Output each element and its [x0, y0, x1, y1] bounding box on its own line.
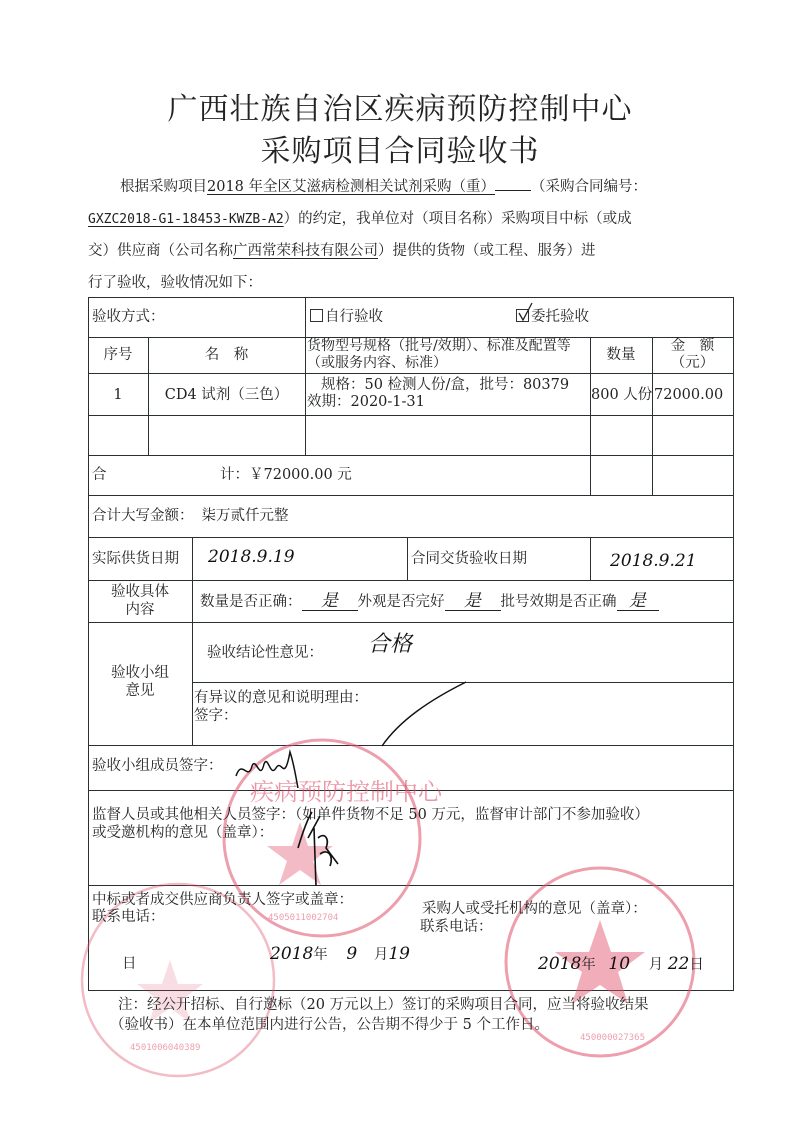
year-unit: 年 — [581, 957, 596, 973]
check-appearance-value[interactable]: 是 — [445, 592, 501, 611]
supplier-sign-label: 中标或者成交供应商负责人签字或盖章： — [92, 891, 353, 909]
item-spec-line: 规格：50 检测人份/盒，批号：80379 — [307, 377, 590, 394]
month-unit: 月 — [374, 947, 389, 963]
method-entrusted-option[interactable]: 委托验收 — [516, 308, 589, 326]
col-header-amount: 金 额 （元） — [652, 338, 733, 372]
cdc-seal-code: 4505011002704 — [268, 913, 338, 923]
checkbox-self[interactable] — [310, 309, 323, 322]
check-qty-value[interactable]: 是 — [302, 592, 358, 611]
total-caps-label: 合计大写金额： — [92, 508, 194, 524]
col-header-name: 名 称 — [148, 346, 305, 364]
col-header-qty: 数量 — [590, 346, 652, 364]
check-label: 验收具体 内容 — [88, 583, 192, 619]
supervisor-line-2: 或受邀机构的意见（盖章）： — [92, 824, 273, 842]
contract-delivery-date-value[interactable]: 2018.9.21 — [610, 552, 697, 570]
check-qty-label: 数量是否正确： — [200, 594, 302, 610]
item-spec: 规格：50 检测人份/盒，批号：80379 效期：2020-1-31 — [307, 377, 590, 411]
method-self-option[interactable]: 自行验收 — [310, 308, 383, 326]
group-label-line: 意见 — [88, 682, 192, 700]
supplier-date-year: 2018 — [270, 944, 313, 964]
total-value: ￥72000.00 元 — [249, 467, 352, 483]
supplier-seal-code: 4501006040389 — [130, 1043, 200, 1053]
month-unit: 月 — [649, 957, 664, 973]
amount-header-unit: （元） — [652, 355, 733, 372]
item-name: CD4 试剂（三色） — [148, 386, 305, 404]
total-label-b: 计： — [220, 467, 249, 483]
actual-supply-date-value[interactable]: 2018.9.19 — [208, 548, 295, 566]
purchaser-date-year: 2018 — [538, 954, 581, 974]
item-seq: 1 — [88, 386, 148, 404]
check-batch-value[interactable]: 是 — [617, 592, 659, 611]
option-label: 委托验收 — [531, 309, 589, 325]
conclusion-value[interactable]: 合格 — [368, 636, 412, 654]
check-mark-icon — [518, 302, 534, 322]
supplier-phone-label: 联系电话： — [92, 908, 165, 926]
col-header-spec: 货物型号规格（批号/效期）、标准及配置等（或服务内容、标准） — [307, 338, 590, 372]
total-label-a: 合 — [92, 466, 107, 484]
total-caps: 合计大写金额：柒万贰仟元整 — [92, 507, 289, 525]
option-label: 自行验收 — [325, 309, 383, 325]
day-unit: 日 — [689, 957, 704, 973]
purchaser-date-day: 22 — [668, 954, 690, 974]
total-caps-value: 柒万贰仟元整 — [202, 508, 289, 524]
check-batch-label: 批号效期是否正确 — [501, 594, 617, 610]
conclusion-label: 验收结论性意见： — [207, 644, 323, 662]
objection-label: 有异议的意见和说明理由： — [194, 689, 368, 707]
group-label-line: 验收小组 — [88, 664, 192, 682]
check-content: 数量是否正确：是外观是否完好是批号效期是否正确是 — [200, 592, 659, 611]
check-label-line: 验收具体 — [88, 583, 192, 601]
checkbox-entrusted[interactable] — [516, 309, 529, 322]
note-line-2: （验收书）在本单位范围内进行公告，公告期不得少于 5 个工作日。 — [110, 1016, 730, 1035]
check-appearance-label: 外观是否完好 — [358, 594, 445, 610]
method-label: 验收方式： — [92, 308, 165, 326]
amount-header-line: 金 额 — [652, 338, 733, 355]
strike-through-icon — [380, 680, 470, 750]
group-opinion-label: 验收小组 意见 — [88, 664, 192, 700]
purchaser-phone-label: 联系电话： — [420, 918, 493, 936]
supplier-date-day: 19 — [388, 944, 410, 964]
purchaser-label: 采购人或受托机构的意见（盖章）： — [422, 900, 647, 918]
item-qty: 800 人份 — [591, 386, 653, 404]
purchaser-date[interactable]: 2018年 10 月 22日 — [538, 955, 704, 974]
member-signature-icon[interactable] — [232, 748, 302, 792]
item-amount: 72000.00 — [654, 386, 734, 404]
check-label-line: 内容 — [88, 601, 192, 619]
actual-supply-date-label: 实际供货日期 — [92, 550, 179, 568]
members-sign-label: 验收小组成员签字： — [92, 757, 223, 775]
col-header-seq: 序号 — [88, 346, 148, 364]
supervisor-signature-icon[interactable] — [290, 808, 346, 888]
contract-delivery-date-label: 合同交货验收日期 — [411, 550, 527, 568]
total-amount: 计：￥72000.00 元 — [220, 466, 352, 484]
year-unit: 年 — [313, 947, 328, 963]
supplier-date-month: 9 — [346, 944, 357, 964]
objection-sign-label: 签字： — [194, 707, 238, 725]
item-spec-line: 效期：2020-1-31 — [307, 394, 590, 411]
supplier-date-day-unit-left: 日 — [122, 955, 137, 973]
supervisor-line-1: 监督人员或其他相关人员签字：（如单件货物不足 50 万元，监督审计部门不参加验收… — [92, 806, 649, 824]
note-line-1: 注：经公开招标、自行邀标（20 万元以上）签订的采购项目合同，应当将验收结果 — [118, 996, 738, 1015]
purchaser-date-month: 10 — [608, 954, 630, 974]
supplier-date[interactable]: 2018年 9 月19 — [270, 945, 410, 964]
